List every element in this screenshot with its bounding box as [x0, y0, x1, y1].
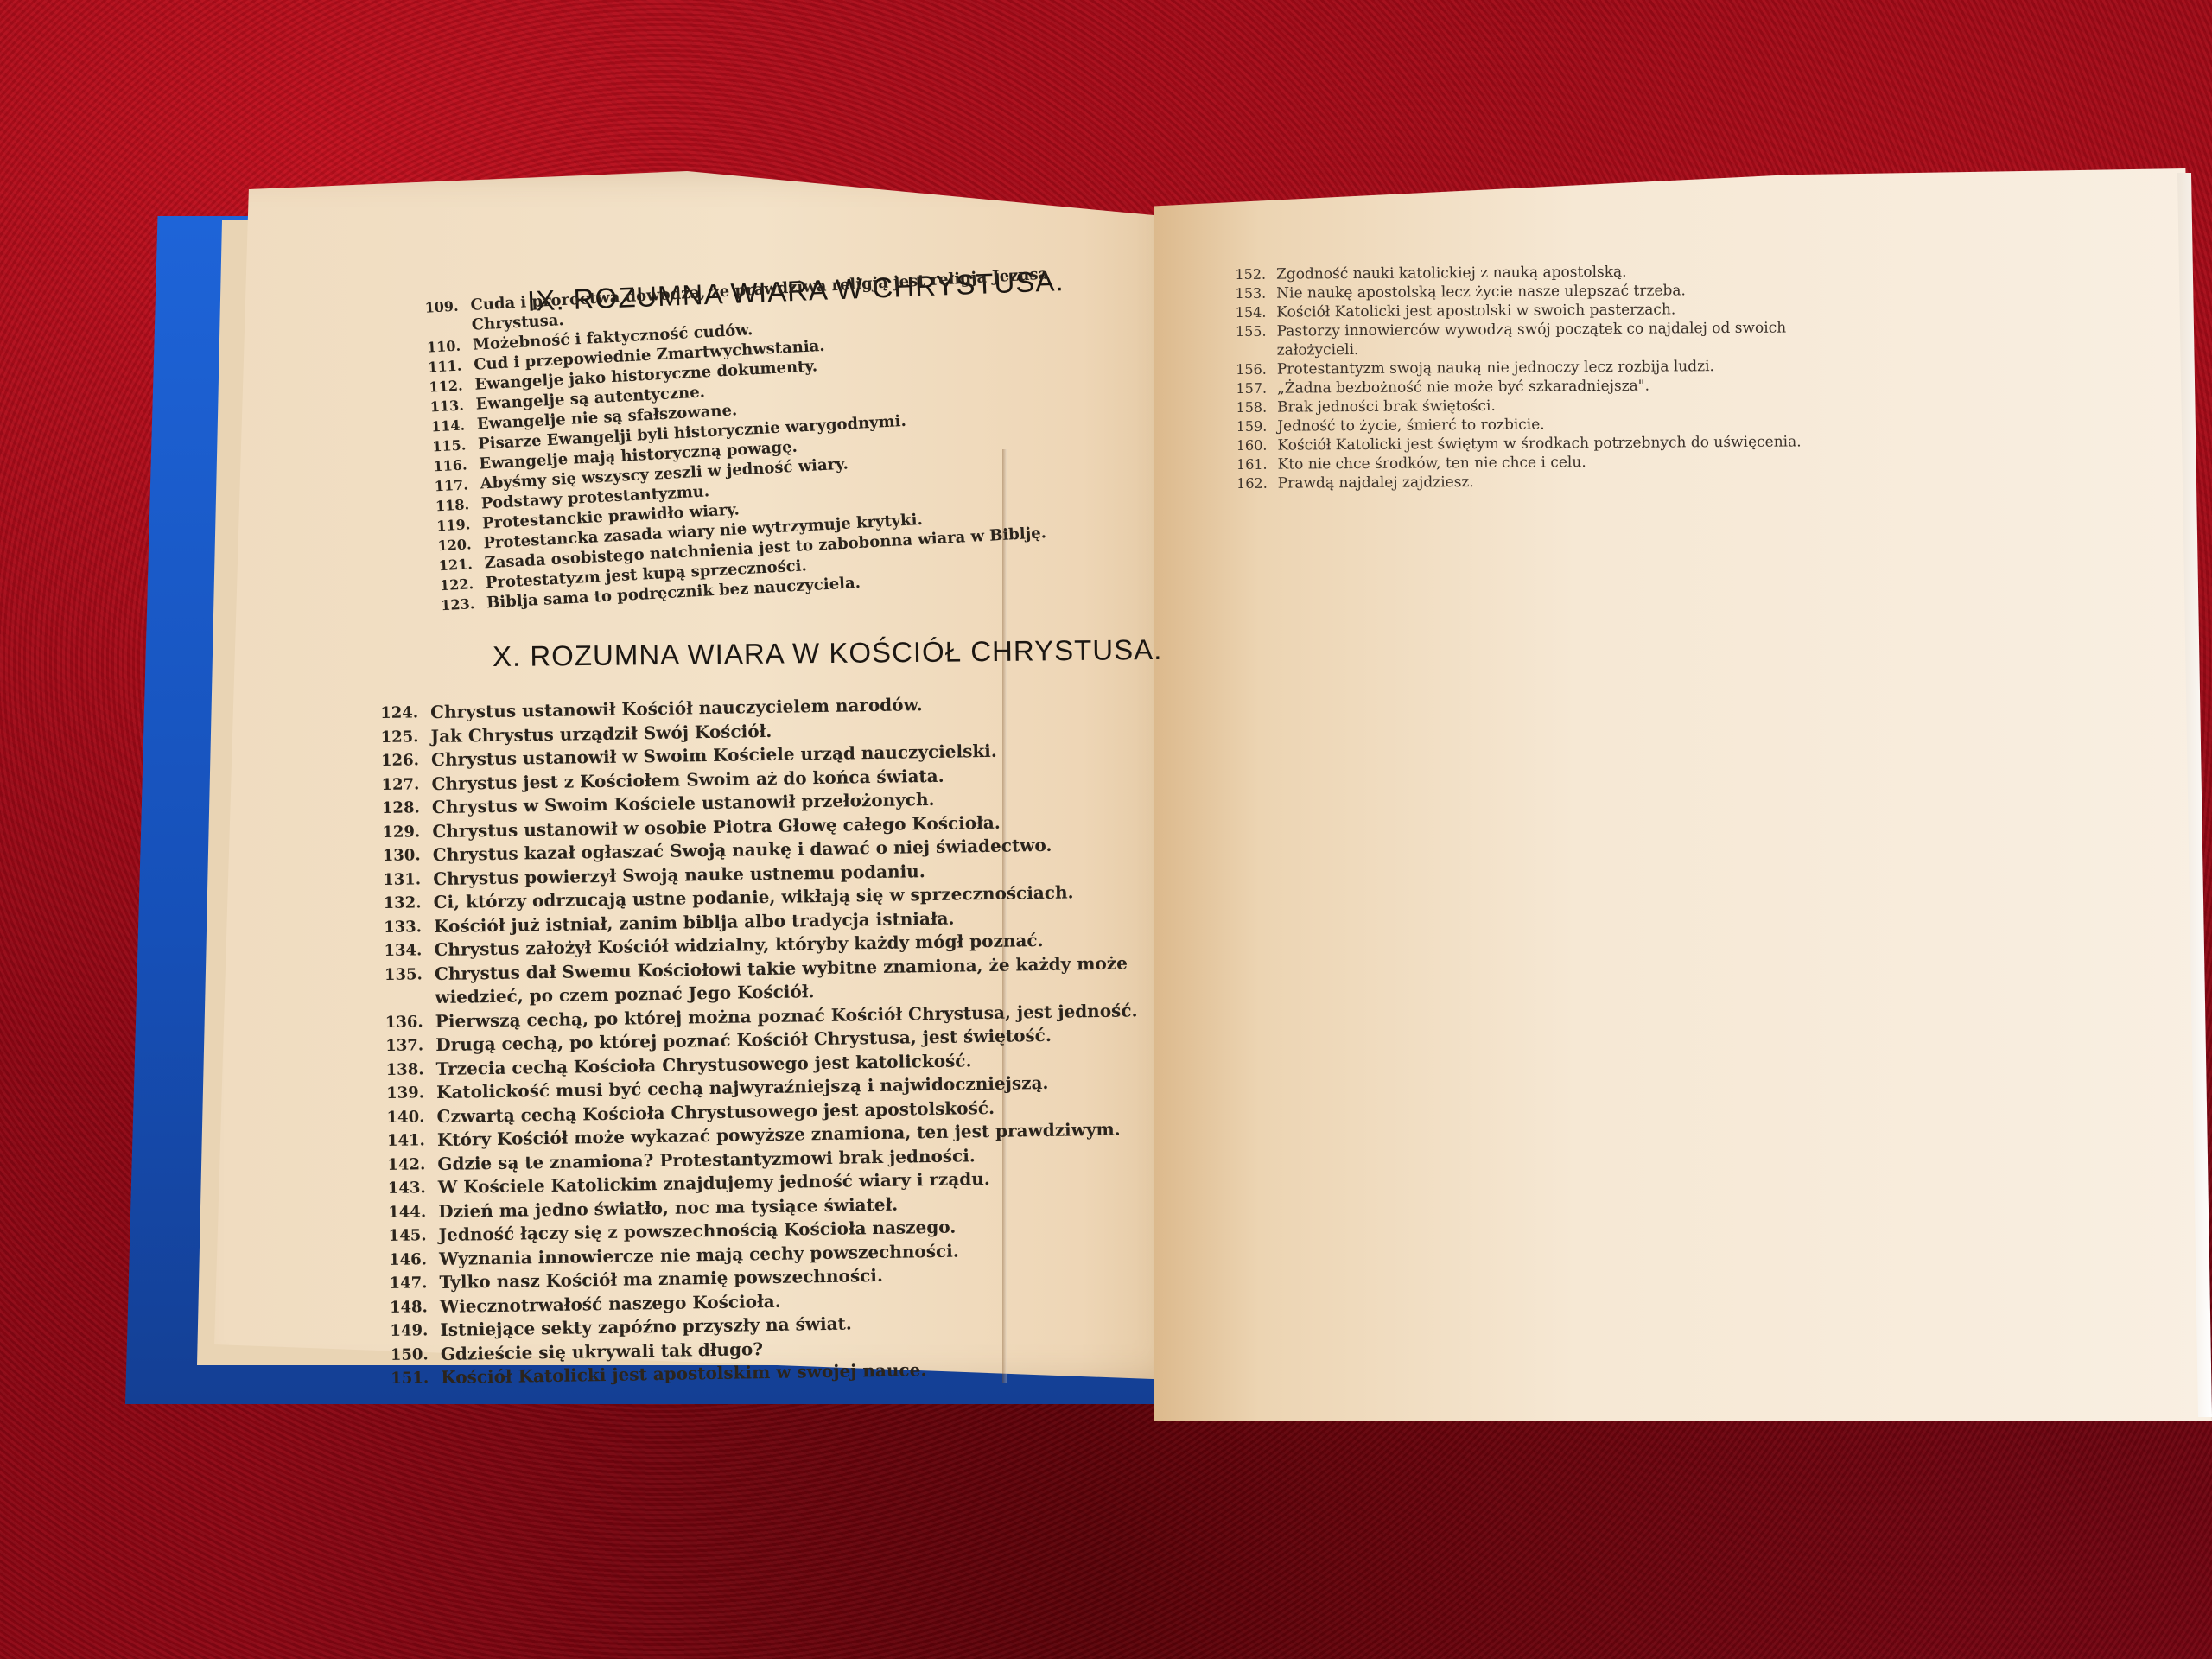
item-number: 118.	[430, 494, 469, 516]
item-number: 150.	[391, 1343, 427, 1367]
item-number: 160.	[1232, 436, 1267, 455]
item-number: 126.	[381, 748, 417, 772]
item-number: 116.	[429, 454, 467, 476]
item-number: 127.	[381, 772, 417, 797]
item-number: 149.	[390, 1319, 426, 1343]
item-number: 143.	[388, 1176, 424, 1200]
item-number: 109.	[420, 296, 459, 318]
item-text: Pastorzy innowierców wywodzą swój począt…	[1276, 319, 1786, 341]
item-number: 129.	[382, 820, 418, 844]
item-number: 142.	[387, 1153, 423, 1177]
item-number: 115.	[428, 435, 467, 456]
item-number: 131.	[383, 868, 419, 892]
item-number: 122.	[435, 574, 474, 595]
item-number: 124.	[380, 701, 416, 725]
item-number: 156.	[1232, 360, 1267, 379]
section-x-list: 124.Chrystus ustanowił Kościół nauczycie…	[380, 690, 1143, 1390]
item-number: 152.	[1231, 265, 1266, 284]
item-number: 158.	[1232, 398, 1267, 417]
item-number: 134.	[384, 938, 420, 963]
item-text: Jedność to życie, śmierć to rozbicie.	[1277, 415, 1545, 435]
item-number: 159.	[1232, 417, 1267, 436]
item-number: 135.	[385, 963, 421, 987]
item-number: 144.	[388, 1200, 424, 1224]
item-number: 133.	[384, 915, 420, 939]
item-number: 132.	[383, 891, 419, 915]
item-number: 146.	[389, 1248, 425, 1272]
item-number: 110.	[422, 336, 461, 358]
item-number: 155.	[1231, 322, 1266, 341]
item-text: Prawdą najdalej zajdziesz.	[1278, 473, 1474, 493]
item-number: 137.	[385, 1033, 422, 1058]
item-text: Zgodność nauki katolickiej z nauką apost…	[1276, 263, 1627, 284]
item-number: 145.	[389, 1224, 425, 1248]
item-text: założycieli.	[1277, 340, 1359, 360]
item-number: 117.	[429, 474, 468, 496]
item-number: 120.	[433, 534, 472, 556]
item-number: 153.	[1231, 284, 1266, 303]
item-text: Kościół Katolicki jest apostolski w swoi…	[1276, 300, 1675, 321]
item-number: 148.	[390, 1295, 426, 1319]
item-number: 151.	[391, 1366, 427, 1390]
item-number: 136.	[385, 1010, 422, 1034]
item-number: 113.	[425, 395, 464, 416]
item-number: 154.	[1231, 303, 1266, 322]
item-number: 121.	[434, 554, 473, 575]
item-number: 140.	[386, 1105, 423, 1129]
item-number: 114.	[426, 415, 465, 436]
item-number: 125.	[380, 725, 416, 749]
item-number: 139.	[386, 1081, 423, 1105]
list-item: 160.Kościół Katolicki jest świętym w śro…	[1232, 432, 1801, 455]
right-page-list: 152.Zgodność nauki katolickiej z nauką a…	[1231, 261, 1802, 493]
item-number: 112.	[424, 375, 463, 397]
item-number: 111.	[423, 356, 462, 378]
item-number: 141.	[387, 1128, 423, 1153]
item-number: 123.	[436, 594, 475, 615]
list-item: 155.Pastorzy innowierców wywodzą swój po…	[1231, 318, 1800, 341]
item-text: Kościół Katolicki jest świętym w środkac…	[1277, 432, 1801, 454]
item-number: 147.	[389, 1271, 425, 1295]
section-x-title: X. ROZUMNA WIARA W KOŚCIÓŁ CHRYSTUSA.	[493, 633, 1163, 673]
item-number: 162.	[1233, 474, 1268, 493]
item-number: 157.	[1232, 379, 1267, 398]
item-number: 138.	[385, 1058, 422, 1082]
item-text: Brak jedności brak świętości.	[1277, 397, 1496, 417]
item-text: „Żadna bezbożność nie może być szkaradni…	[1277, 377, 1649, 398]
list-item: 162.Prawdą najdalej zajdziesz.	[1233, 470, 1802, 493]
section-ix-list: 109.Cuda i proroctwa dowodzą, że prawdzi…	[420, 264, 1065, 616]
item-number: 119.	[432, 514, 471, 536]
item-number: 161.	[1233, 455, 1268, 474]
item-number: 130.	[383, 843, 419, 868]
item-text: Kto nie chce środków, ten nie chce i cel…	[1278, 453, 1586, 474]
item-number: 128.	[382, 796, 418, 820]
